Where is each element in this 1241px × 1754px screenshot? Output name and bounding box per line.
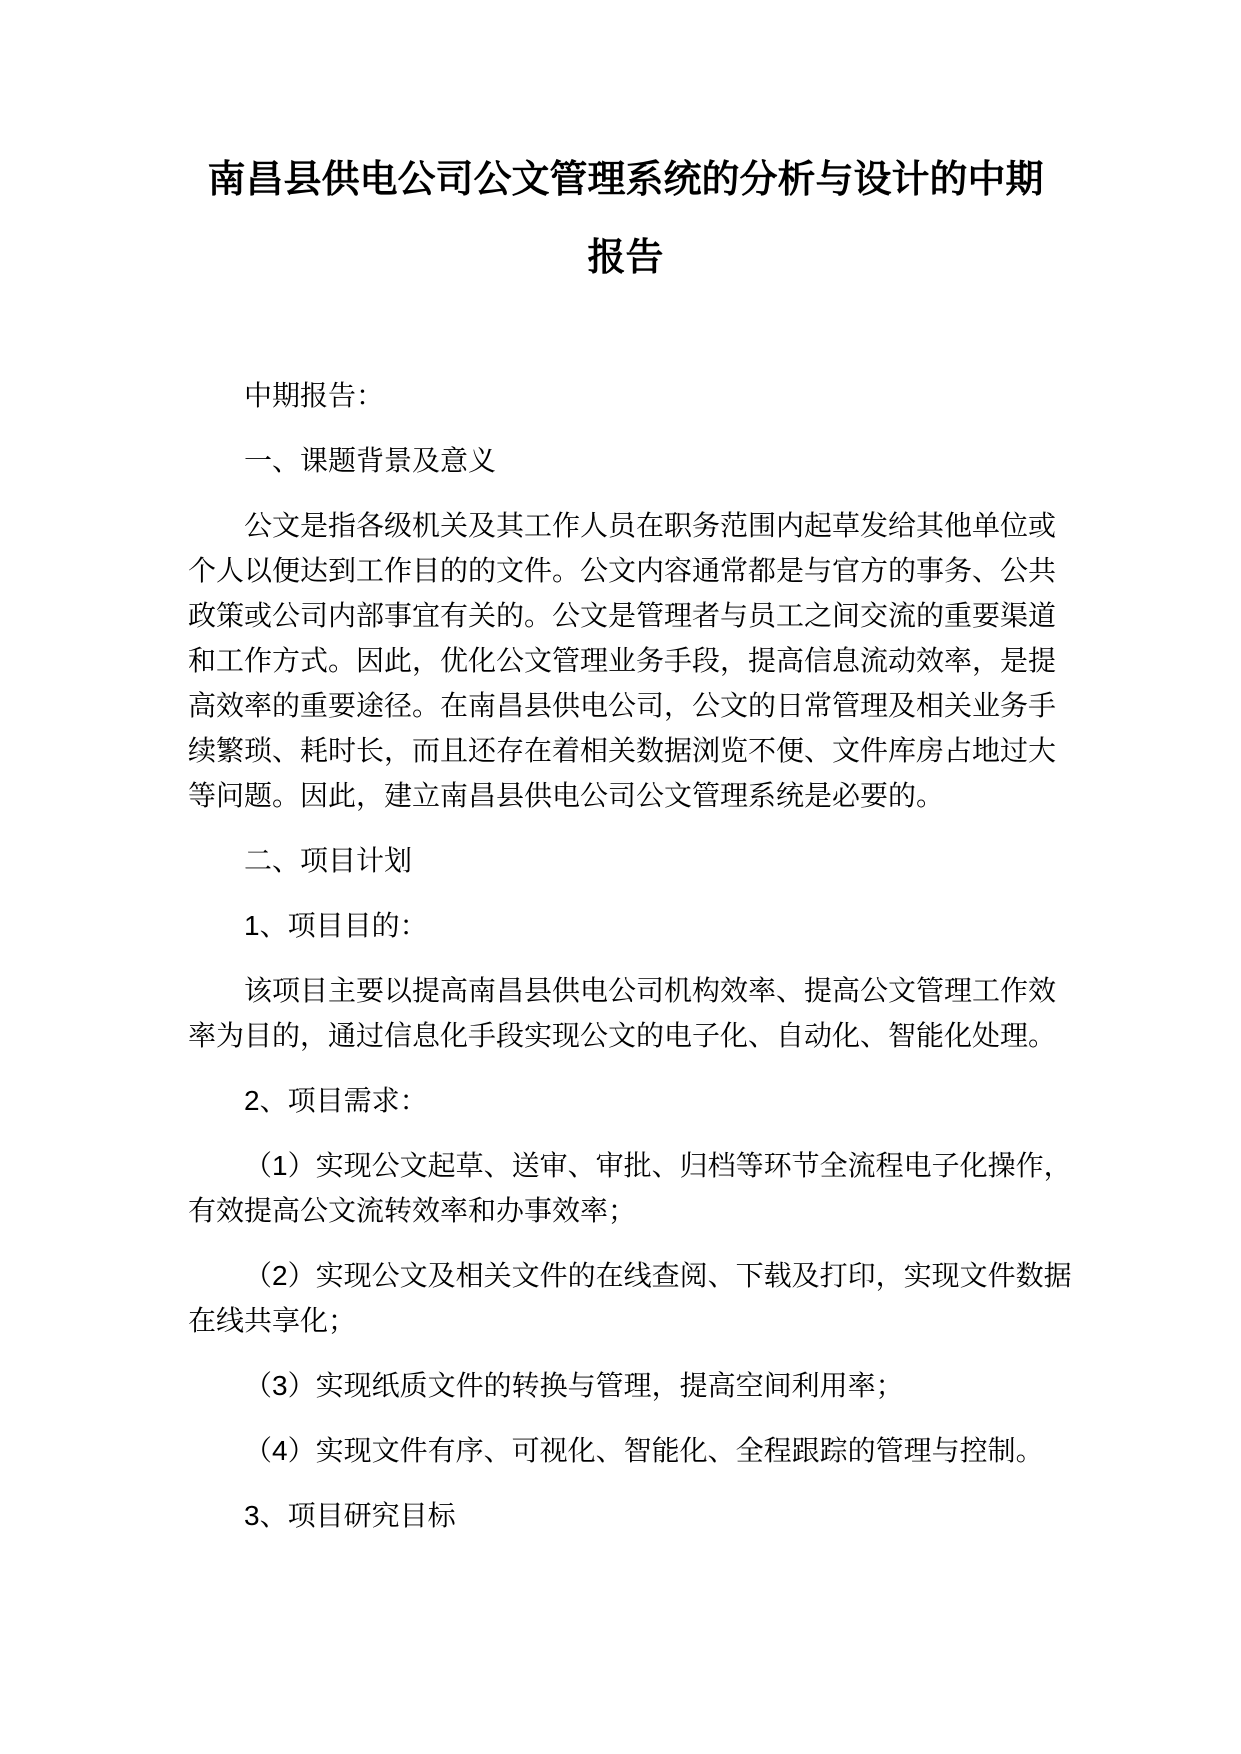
subsection-2-1-heading: 1、项目目的： xyxy=(188,903,1091,948)
requirement-2: （2）实现公文及相关文件的在线查阅、下载及打印，实现文件数据 在线共享化； xyxy=(188,1253,1091,1343)
subsection-2-2-heading: 2、项目需求： xyxy=(188,1078,1091,1123)
document-body: 中期报告： 一、课题背景及意义 公文是指各级机关及其工作人员在职务范围内起草发给… xyxy=(188,373,1091,1538)
section-2-heading: 二、项目计划 xyxy=(188,838,1091,883)
project-purpose-paragraph: 该项目主要以提高南昌县供电公司机构效率、提高公文管理工作效 率为目的，通过信息化… xyxy=(188,968,1091,1058)
requirement-3: （3）实现纸质文件的转换与管理，提高空间利用率； xyxy=(188,1363,1091,1408)
section-1-paragraph: 公文是指各级机关及其工作人员在职务范围内起草发给其他单位或 个人以便达到工作目的… xyxy=(188,503,1091,818)
section-1-heading: 一、课题背景及意义 xyxy=(188,438,1091,483)
document-title: 南昌县供电公司公文管理系统的分析与设计的中期 报告 xyxy=(188,141,1063,297)
requirement-1: （1）实现公文起草、送审、审批、归档等环节全流程电子化操作， 有效提高公文流转效… xyxy=(188,1143,1091,1233)
document-page: 南昌县供电公司公文管理系统的分析与设计的中期 报告 中期报告： 一、课题背景及意… xyxy=(0,0,1241,1754)
report-label: 中期报告： xyxy=(188,373,1091,418)
requirement-4: （4）实现文件有序、可视化、智能化、全程跟踪的管理与控制。 xyxy=(188,1428,1091,1473)
subsection-2-3-heading: 3、项目研究目标 xyxy=(188,1493,1091,1538)
